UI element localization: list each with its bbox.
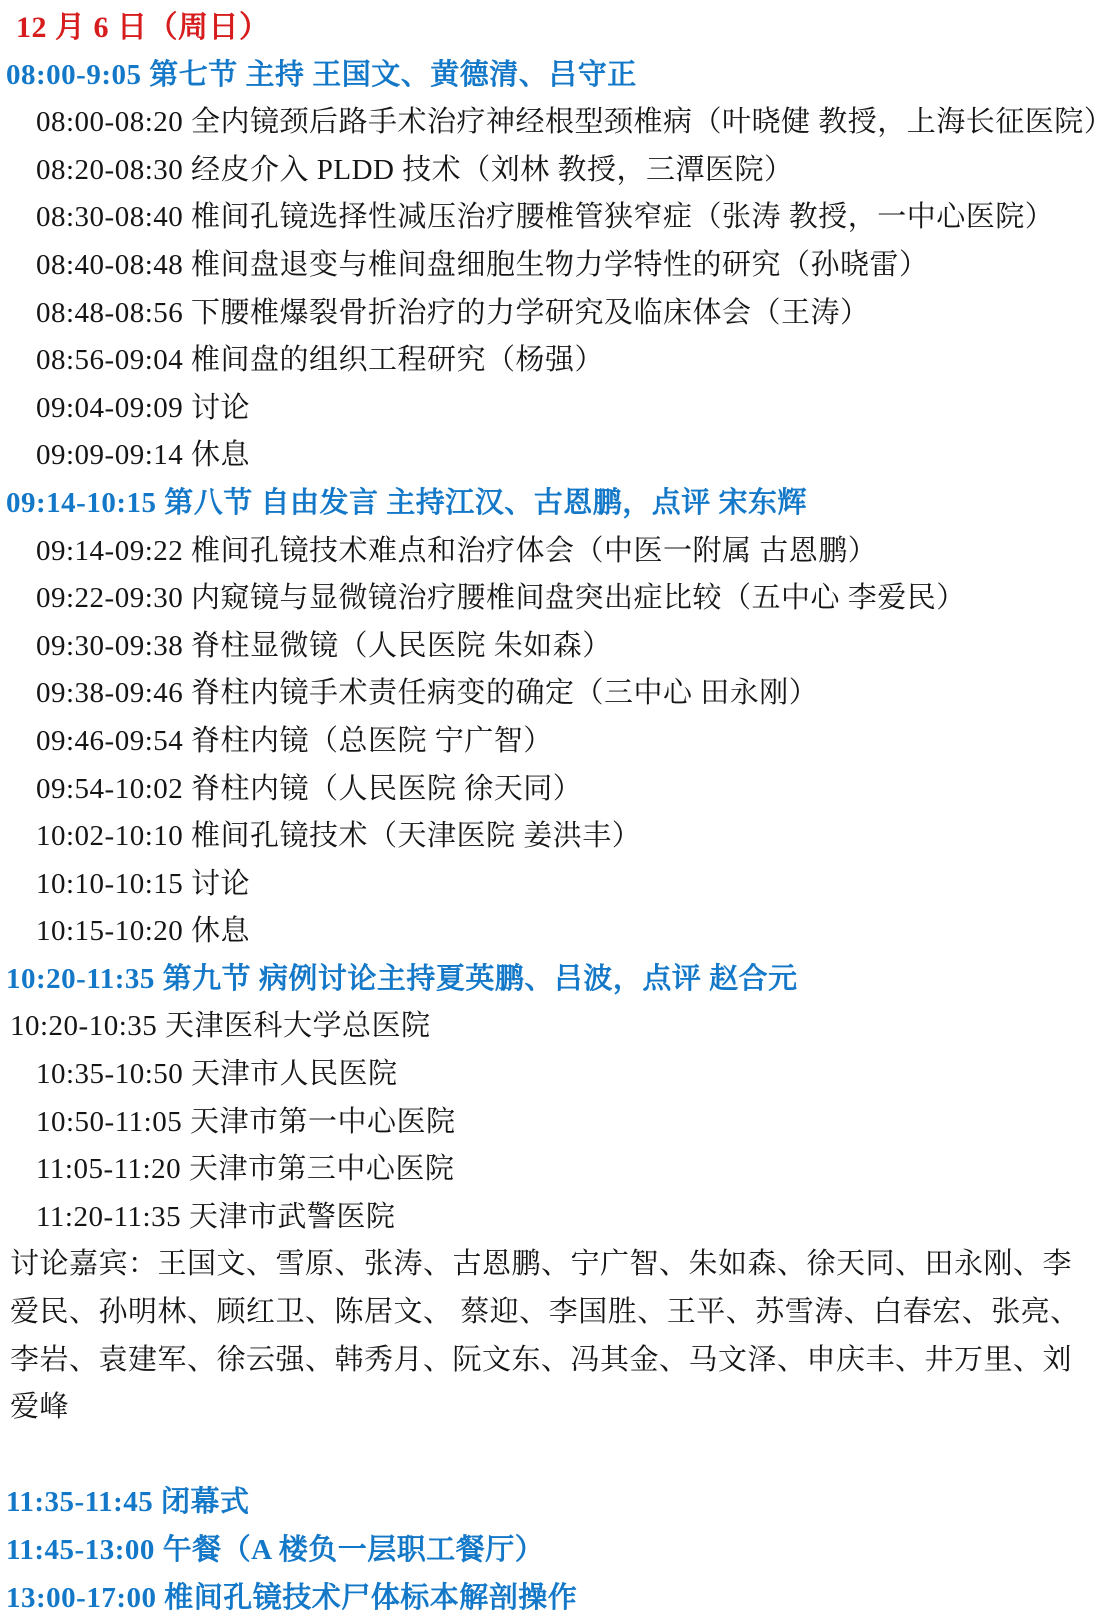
schedule-item: 08:48-08:56 下腰椎爆裂骨折治疗的力学研究及临床体会（王涛） <box>36 290 1102 338</box>
schedule-item: 08:40-08:48 椎间盘退变与椎间盘细胞生物力学特性的研究（孙晓雷） <box>36 242 1102 290</box>
schedule-item: 09:04-09:09 讨论 <box>36 385 1102 433</box>
schedule-item: 11:05-11:20 天津市第三中心医院 <box>36 1146 1102 1194</box>
schedule-item: 09:09-09:14 休息 <box>36 432 1102 480</box>
schedule-item: 08:00-08:20 全内镜颈后路手术治疗神经根型颈椎病（叶晓健 教授，上海长… <box>36 99 1102 147</box>
session-header: 10:20-11:35 第九节 病例讨论主持夏英鹏、吕波，点评 赵合元 <box>6 956 1102 1004</box>
date-header: 12 月 6 日（周日） <box>16 4 1102 52</box>
schedule-item: 08:30-08:40 椎间孔镜选择性减压治疗腰椎管狭窄症（张涛 教授，一中心医… <box>36 194 1102 242</box>
schedule-document-page: 12 月 6 日（周日）08:00-9:05 第七节 主持 王国文、黄德清、吕守… <box>0 0 1102 1622</box>
session-header: 09:14-10:15 第八节 自由发言 主持江汉、古恩鹏，点评 宋东辉 <box>6 480 1102 528</box>
schedule-item: 10:02-10:10 椎间孔镜技术（天津医院 姜洪丰） <box>36 813 1102 861</box>
schedule-item: 11:20-11:35 天津市武警医院 <box>36 1194 1102 1242</box>
schedule-item: 10:20-10:35 天津医科大学总医院 <box>10 1003 1102 1051</box>
schedule-item: 09:22-09:30 内窥镜与显微镜治疗腰椎间盘突出症比较（五中心 李爱民） <box>36 575 1102 623</box>
session-header: 11:45-13:00 午餐（A 楼负一层职工餐厅） <box>6 1527 1102 1575</box>
schedule-item: 10:50-11:05 天津市第一中心医院 <box>36 1099 1102 1147</box>
schedule-item: 10:15-10:20 休息 <box>36 908 1102 956</box>
schedule-item: 09:46-09:54 脊柱内镜（总医院 宁广智） <box>36 718 1102 766</box>
schedule-item: 09:30-09:38 脊柱显微镜（人民医院 朱如森） <box>36 623 1102 671</box>
schedule-item: 10:10-10:15 讨论 <box>36 861 1102 909</box>
schedule-item: 10:35-10:50 天津市人民医院 <box>36 1051 1102 1099</box>
session-header: 08:00-9:05 第七节 主持 王国文、黄德清、吕守正 <box>6 52 1102 100</box>
schedule-item: 08:56-09:04 椎间盘的组织工程研究（杨强） <box>36 337 1102 385</box>
schedule-item: 09:54-10:02 脊柱内镜（人民医院 徐天同） <box>36 766 1102 814</box>
schedule-lines: 12 月 6 日（周日）08:00-9:05 第七节 主持 王国文、黄德清、吕守… <box>0 4 1102 1622</box>
schedule-item: 09:14-09:22 椎间孔镜技术难点和治疗体会（中医一附属 古恩鹏） <box>36 528 1102 576</box>
session-header: 13:00-17:00 椎间孔镜技术尸体标本解剖操作 <box>6 1575 1102 1622</box>
discussion-guests: 讨论嘉宾：王国文、雪原、张涛、古恩鹏、宁广智、朱如森、徐天同、田永刚、李爱民、孙… <box>10 1241 1098 1431</box>
session-header: 11:35-11:45 闭幕式 <box>6 1479 1102 1527</box>
schedule-item: 08:20-08:30 经皮介入 PLDD 技术（刘林 教授，三潭医院） <box>36 147 1102 195</box>
schedule-item: 09:38-09:46 脊柱内镜手术责任病变的确定（三中心 田永刚） <box>36 670 1102 718</box>
